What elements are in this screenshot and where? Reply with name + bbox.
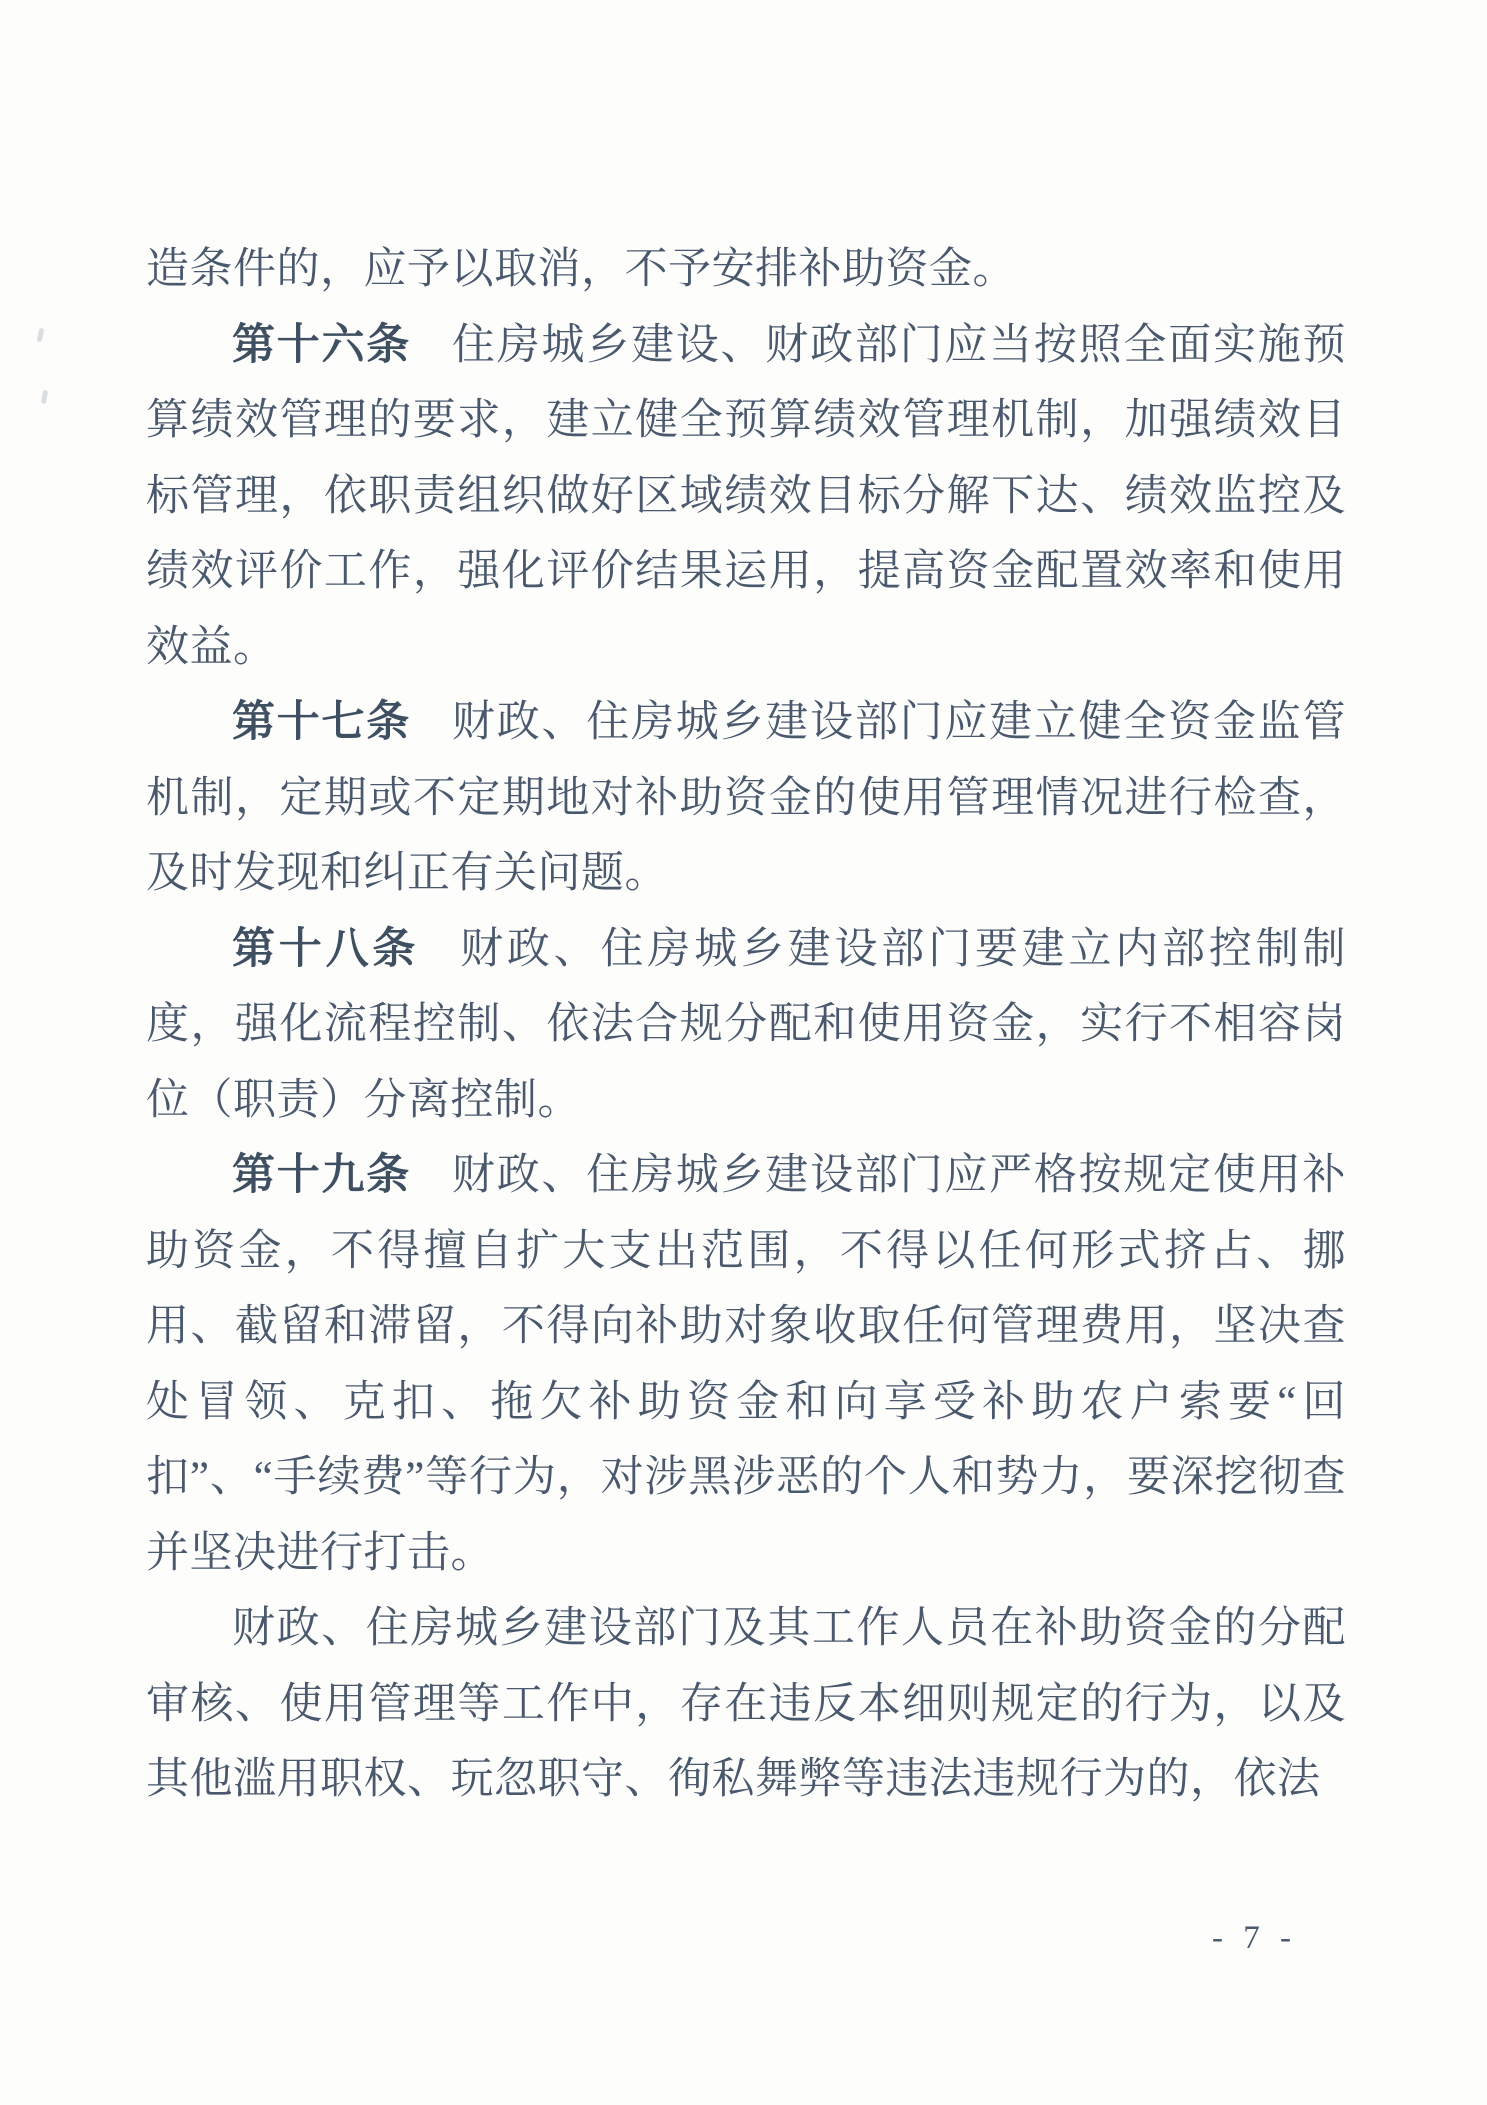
article-number-17: 第十七条 bbox=[232, 699, 411, 746]
paragraph-text: 财政、住房城乡建设部门应严格按规定使用补助资金，不得擅自扩大支出范围，不得以任何… bbox=[146, 1152, 1346, 1577]
paragraph-article-16: 第十六条住房城乡建设、财政部门应当按照全面实施预算绩效管理的要求，建立健全预算绩… bbox=[146, 308, 1346, 686]
article-number-19: 第十九条 bbox=[232, 1152, 411, 1199]
paragraph-continuation: 造条件的，应予以取消，不予安排补助资金。 bbox=[146, 232, 1346, 308]
document-body: 造条件的，应予以取消，不予安排补助资金。 第十六条住房城乡建设、财政部门应当按照… bbox=[146, 232, 1346, 1818]
paragraph-article-18: 第十八条财政、住房城乡建设部门要建立内部控制制度，强化流程控制、依法合规分配和使… bbox=[146, 912, 1346, 1139]
paragraph-text: 造条件的，应予以取消，不予安排补助资金。 bbox=[146, 246, 1016, 293]
document-page: 造条件的，应予以取消，不予安排补助资金。 第十六条住房城乡建设、财政部门应当按照… bbox=[0, 0, 1487, 2105]
article-number-18: 第十八条 bbox=[232, 926, 419, 973]
paragraph-text: 财政、住房城乡建设部门及其工作人员在补助资金的分配审核、使用管理等工作中，存在违… bbox=[146, 1605, 1346, 1803]
scan-artifact bbox=[37, 328, 45, 343]
article-number-16: 第十六条 bbox=[232, 322, 411, 369]
paragraph-text: 住房城乡建设、财政部门应当按照全面实施预算绩效管理的要求，建立健全预算绩效管理机… bbox=[146, 322, 1346, 671]
paragraph-article-17: 第十七条财政、住房城乡建设部门应建立健全资金监管机制，定期或不定期地对补助资金的… bbox=[146, 685, 1346, 912]
scan-artifact bbox=[41, 390, 48, 405]
paragraph-article-19: 第十九条财政、住房城乡建设部门应严格按规定使用补助资金，不得擅自扩大支出范围，不… bbox=[146, 1138, 1346, 1591]
page-number: - 7 - bbox=[1212, 1920, 1297, 1957]
paragraph-closing: 财政、住房城乡建设部门及其工作人员在补助资金的分配审核、使用管理等工作中，存在违… bbox=[146, 1591, 1346, 1818]
